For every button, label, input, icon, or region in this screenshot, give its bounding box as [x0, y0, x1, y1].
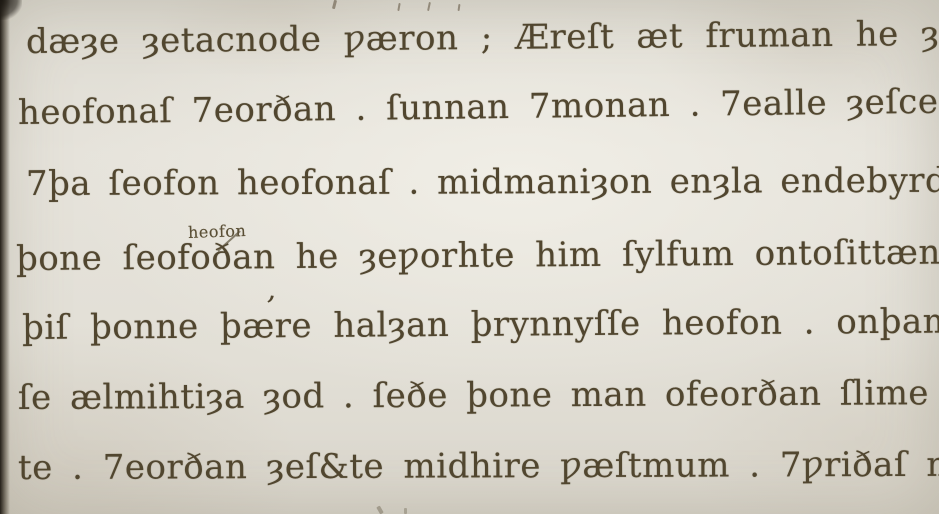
manuscript-line-2: heofonaſ 7eorðan . ſunnan 7monan . 7eall… [18, 81, 939, 133]
page-edge-shadow [0, 0, 10, 514]
page-corner-shadow [0, 0, 22, 20]
cropped-line-fragment [397, 3, 400, 11]
cropped-line-fragment [332, 0, 337, 9]
manuscript-line-6: ſe ælmihtiȝa ȝod . ſeðe þone man ofeorða… [18, 373, 939, 418]
cropped-line-fragment [458, 4, 461, 11]
cropped-line-fragment [376, 506, 383, 514]
manuscript-line-1: dæȝe ȝetacnode ƿæron ; Æreſt æt fruman h… [26, 13, 939, 62]
manuscript-line-5: þiſ þonne þære halȝan þrynnyſſe heofon .… [22, 301, 939, 348]
manuscript-line-3: 7þa ſeofon heofonaſ . midmaniȝon enȝla e… [26, 160, 939, 204]
manuscript-line-7: te . 7eorðan ȝeſ&te midhire ƿæſtmum . 7ƿ… [18, 445, 939, 488]
manuscript-page: dæȝe ȝetacnode ƿæron ; Æreſt æt fruman h… [0, 0, 939, 514]
cropped-line-fragment [404, 508, 407, 514]
manuscript-line-4: þone ſeofoðan he ȝeƿorhte him ſylfum ont… [16, 232, 939, 279]
cropped-line-fragment [427, 2, 431, 11]
